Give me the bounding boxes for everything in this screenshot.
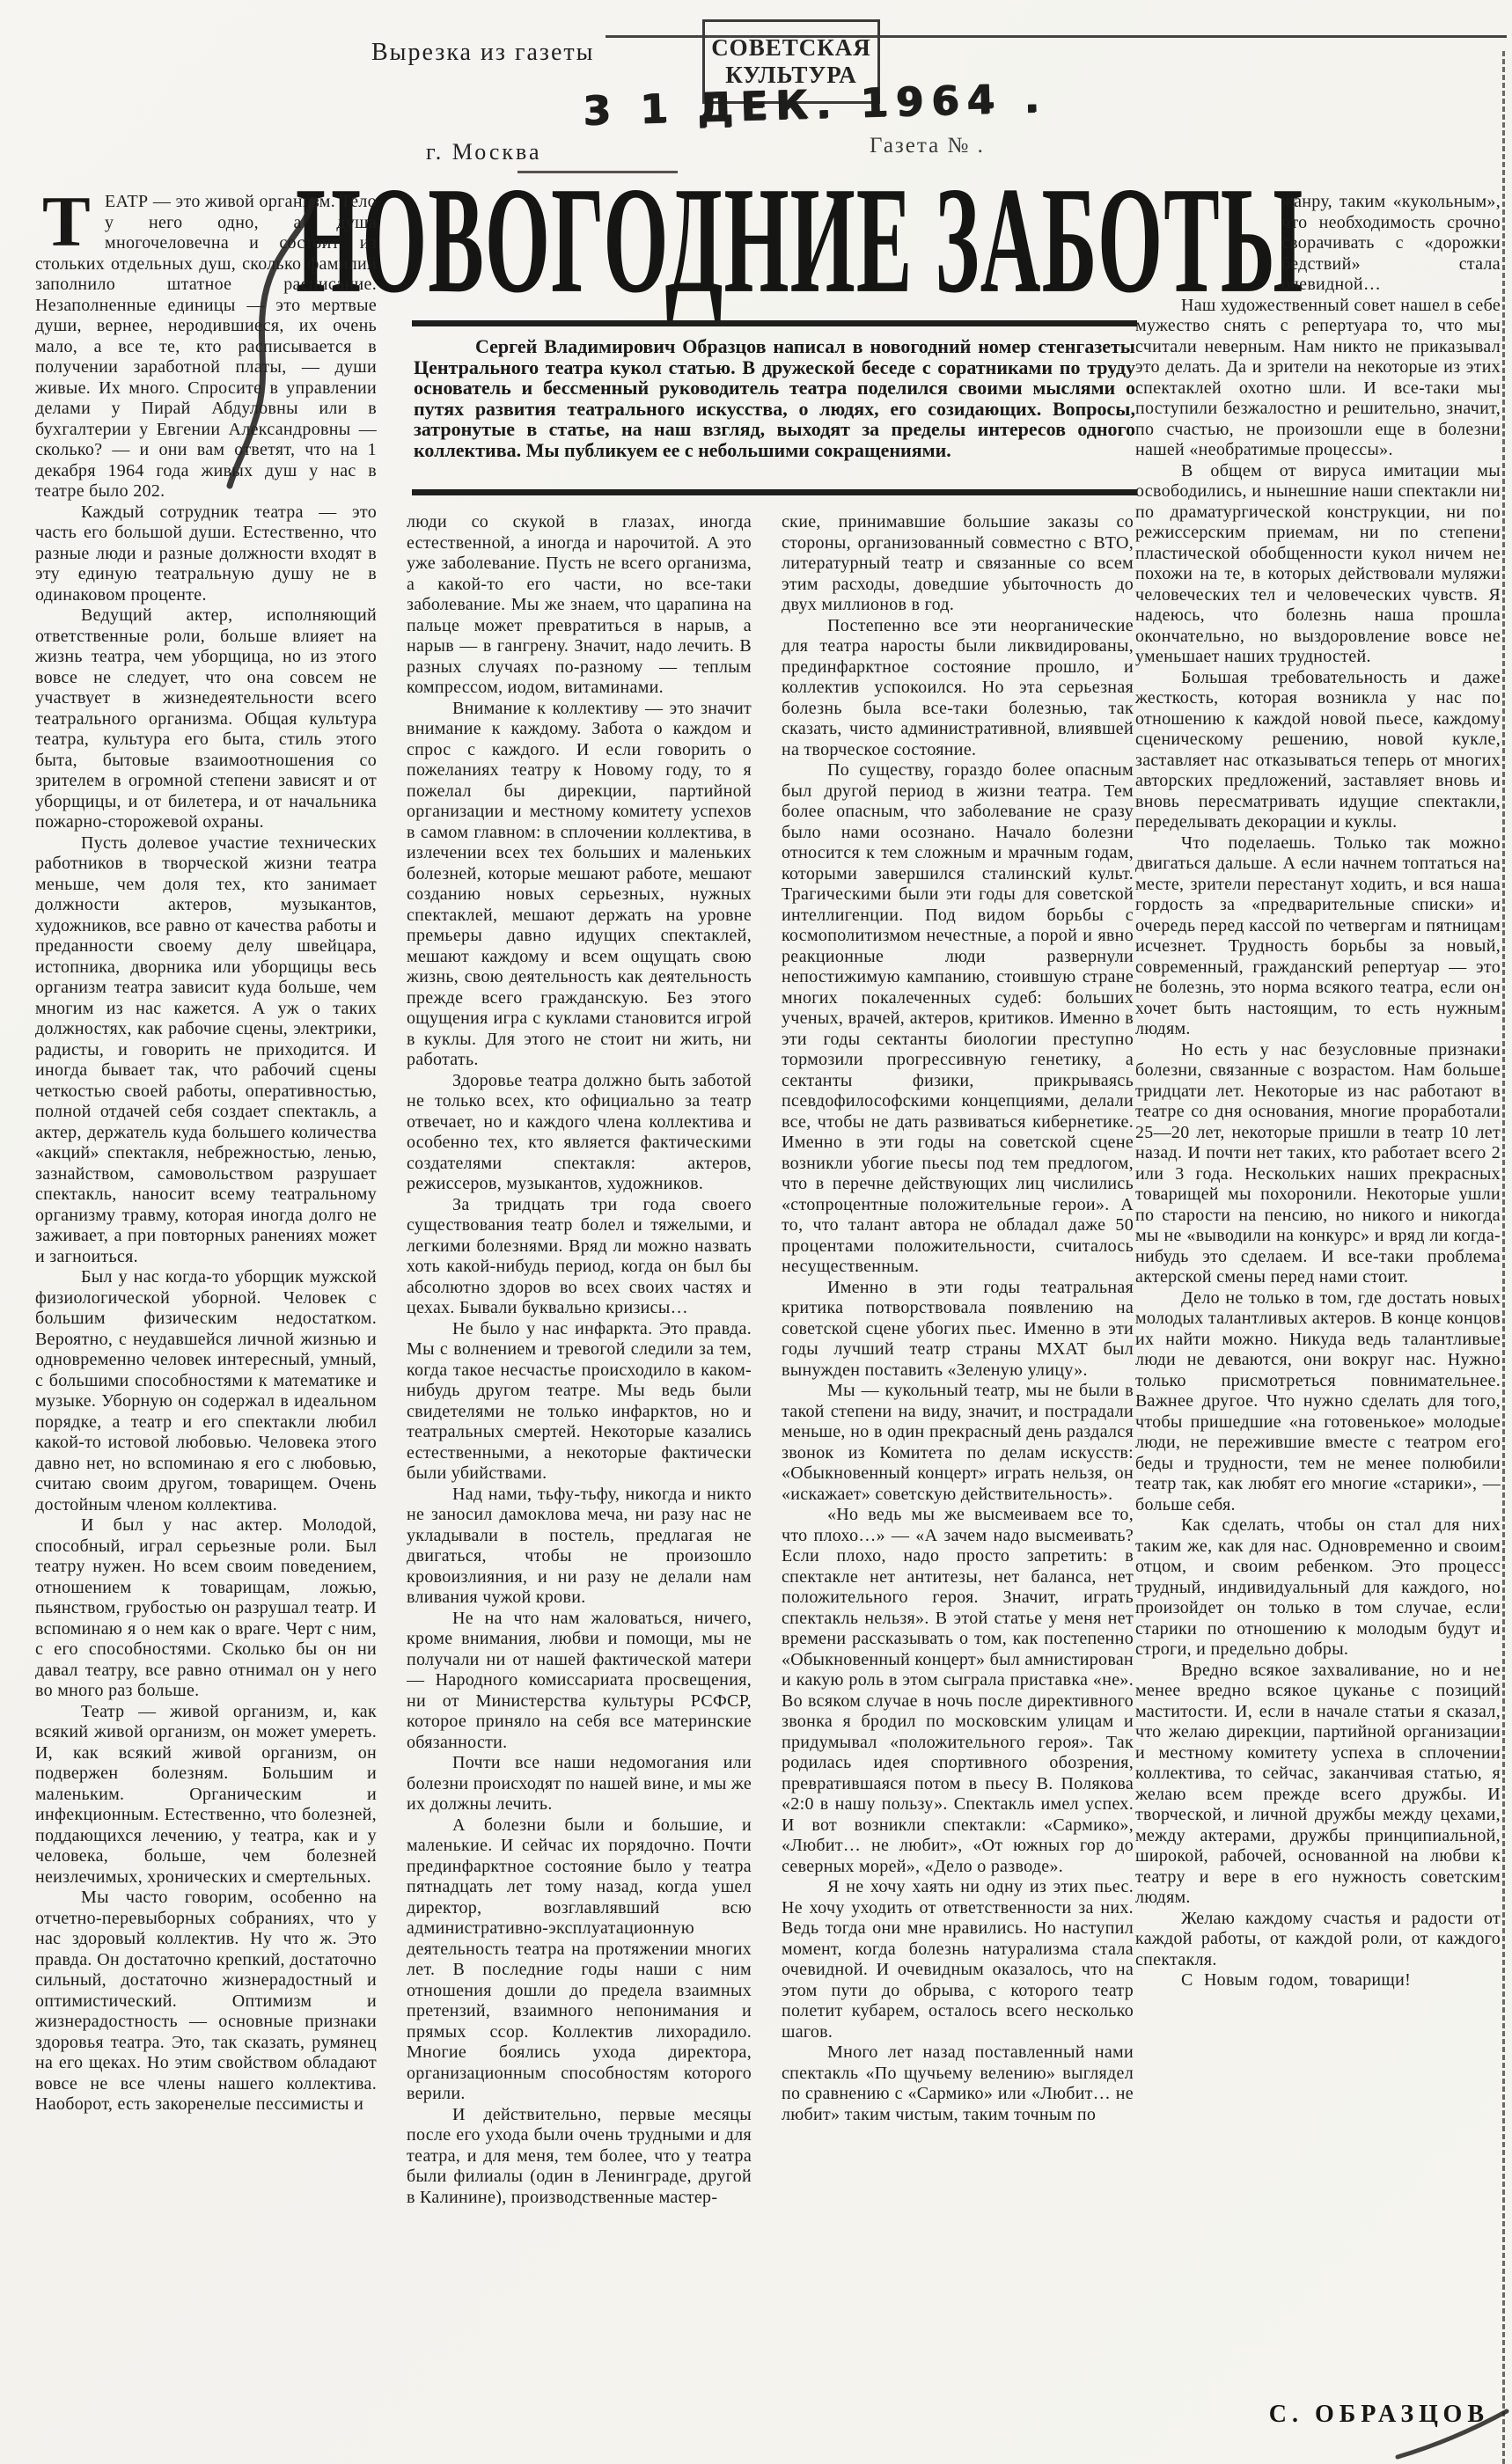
paragraph: Много лет назад поставленный нами спекта… <box>782 2042 1134 2125</box>
newspaper-name-line1: СОВЕТСКАЯ <box>711 34 871 62</box>
paragraph: Не было у нас инфаркта. Это правда. Мы с… <box>407 1319 752 1485</box>
paragraph: По существу, гораздо более опасным был д… <box>782 760 1134 1278</box>
article-column-4: жанру, таким «кукольным», что необходимо… <box>1135 192 1501 2392</box>
paragraph: Что поделаешь. Только так можно двигатьс… <box>1135 833 1501 1040</box>
paragraph: Был у нас когда-то уборщик мужской физио… <box>35 1267 377 1515</box>
paragraph: жанру, таким «кукольным», что необходимо… <box>1281 192 1501 296</box>
clipping-right-edge <box>1502 51 1505 2464</box>
newspaper-clipping: Вырезка из газеты СОВЕТСКАЯ КУЛЬТУРА 3 1… <box>0 0 1512 2464</box>
date-stamp: 3 1 ДЕК. 1964 . <box>582 75 1047 135</box>
author-signature: С. ОБРАЗЦОВ <box>1135 2401 1489 2429</box>
paragraph: Ведущий актер, исполняющий ответственные… <box>35 605 377 833</box>
paragraph: С Новым годом, товарищи! <box>1135 1970 1501 1991</box>
paragraph: Мы — кукольный театр, мы не были в такой… <box>782 1381 1134 1505</box>
article-column-3: ские, принимавшие большие заказы со стор… <box>782 512 1134 2455</box>
lead-rule-bottom <box>412 489 1137 495</box>
paragraph: Каждый сотрудник театра — это часть его … <box>35 502 377 606</box>
article-column-1: ТЕАТР — это живой организм. Тело у него … <box>35 192 377 2450</box>
paragraph: И действительно, первые месяцы после его… <box>407 2105 752 2209</box>
paragraph: Пусть долевое участие технических работн… <box>35 833 377 1268</box>
paragraph: люди со скукой в глазах, иногда естестве… <box>407 512 752 699</box>
paragraph: Не на что нам жаловаться, ничего, кроме … <box>407 1609 752 1754</box>
paragraph: Почти все наши недомогания или болезни п… <box>407 1753 752 1815</box>
drop-cap-letter: Т <box>35 192 105 250</box>
paragraph: Большая требовательность и даже жесткост… <box>1135 668 1501 833</box>
paragraph: Мы часто говорим, особенно на отчетно-пе… <box>35 1888 377 2116</box>
paragraph: Постепенно все эти неорганические для те… <box>782 616 1134 761</box>
paragraph: Дело не только в том, где достать новых … <box>1135 1288 1501 1516</box>
lead-rule-top <box>412 320 1137 326</box>
paragraph: Здоровье театра должно быть заботой не т… <box>407 1071 752 1195</box>
paragraph: А болезни были и большие, и маленькие. И… <box>407 1815 752 2105</box>
issue-label: Газета № . <box>870 134 985 158</box>
paragraph: За тридцать три года своего существовани… <box>407 1195 752 1319</box>
paragraph: И был у нас актер. Молодой, способный, и… <box>35 1515 377 1702</box>
article-column-2: люди со скукой в глазах, иногда естестве… <box>407 512 752 2455</box>
paragraph: ские, принимавшие большие заказы со стор… <box>782 512 1134 616</box>
paragraph: Вредно всякое захваливание, но и не мене… <box>1135 1661 1501 1909</box>
paragraph: В общем от вируса имитации мы освободили… <box>1135 461 1501 668</box>
paragraph: Театр — живой организм, и, как всякий жи… <box>35 1702 377 1888</box>
paragraph: «Но ведь мы же высмеиваем все то, что пл… <box>782 1505 1134 1877</box>
paragraph: Внимание к коллективу — это значит внима… <box>407 699 752 1071</box>
paragraph: Я не хочу хаять ни одну из этих пьес. Не… <box>782 1877 1134 2042</box>
paragraph: Над нами, тьфу-тьфу, никогда и никто не … <box>407 1485 752 1609</box>
paragraph: Но есть у нас безусловные признаки болез… <box>1135 1040 1501 1288</box>
paragraph: Желаю каждому счастья и радости от каждо… <box>1135 1909 1501 1971</box>
paragraph: ТЕАТР — это живой организм. Тело у него … <box>35 192 377 502</box>
clipping-label: Вырезка из газеты <box>371 39 594 67</box>
paragraph: Как сделать, чтобы он стал для них таким… <box>1135 1515 1501 1661</box>
paragraph: Наш художественный совет нашел в себе му… <box>1135 296 1501 461</box>
paragraph: Именно в эти годы театральная критика по… <box>782 1278 1134 1382</box>
lead-paragraph: Сергей Владимирович Образцов написал в н… <box>414 336 1135 484</box>
